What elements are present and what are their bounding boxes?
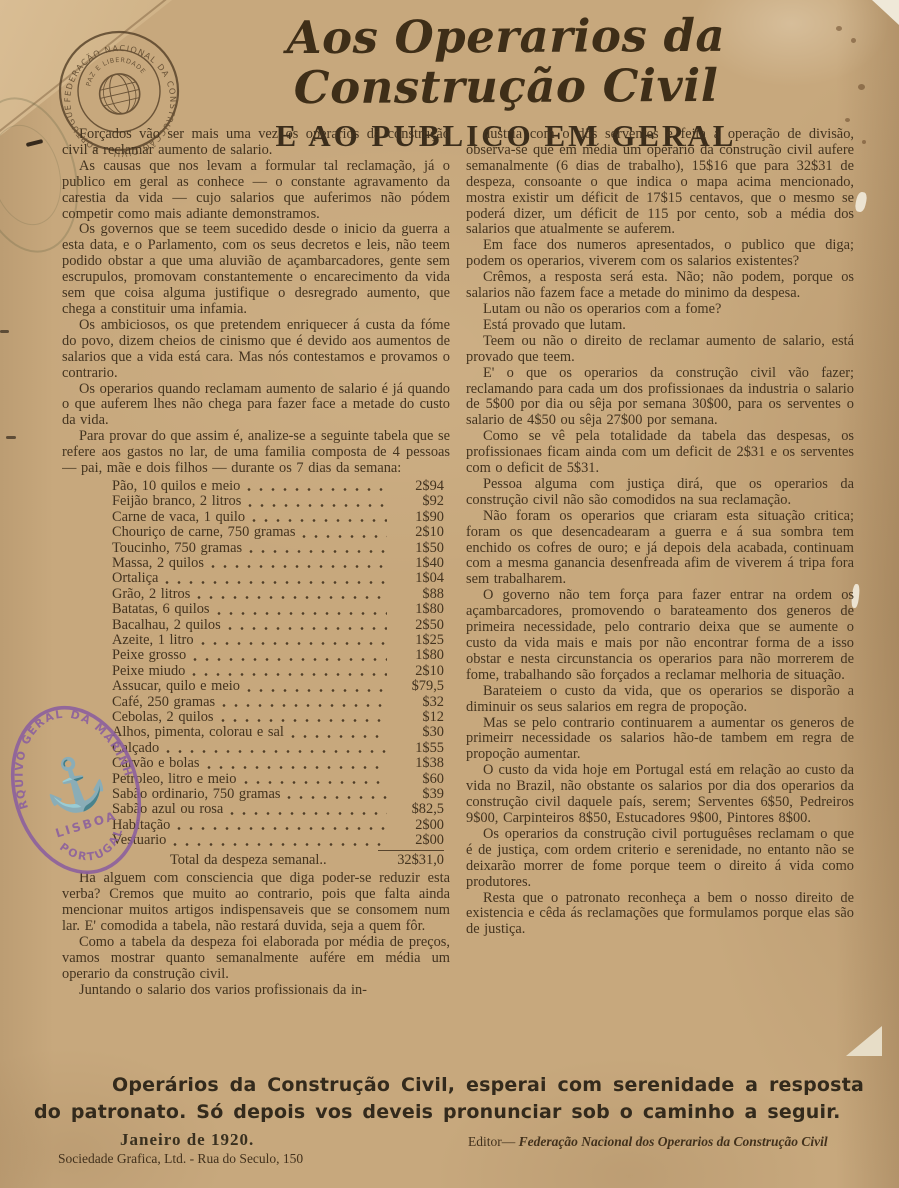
expense-item: Carne de vaca, 1 quilo [112, 510, 245, 525]
expense-value: 2$00 [390, 818, 444, 833]
expense-item: Grão, 2 litros [112, 587, 190, 602]
expense-row: Azeite, 1 litro 1$25 [112, 633, 444, 648]
expense-value: $60 [390, 772, 444, 787]
paragraph: Lutam ou não os operarios com a fome? [466, 302, 854, 318]
dot-leader [213, 611, 387, 616]
expense-value: 2$00 [390, 833, 444, 848]
dot-leader [189, 657, 387, 662]
expense-row: Cebolas, 2 quilos $12 [112, 710, 444, 725]
paragraph: E' o que os operarios da construção civi… [466, 366, 854, 430]
expense-item: Peixe grosso [112, 648, 186, 663]
paragraph: O governo não tem força para fazer entra… [466, 588, 854, 683]
dot-leader [243, 487, 387, 492]
expense-row: Toucinho, 750 gramas 1$50 [112, 541, 444, 556]
paragraph: Ha alguem com consciencia que diga poder… [62, 871, 450, 935]
expense-item: Bacalhau, 2 quilos [112, 618, 221, 633]
expense-row: Café, 250 gramas $32 [112, 695, 444, 710]
left-paragraphs-bottom: Ha alguem com consciencia que diga poder… [62, 871, 450, 998]
expense-value: $92 [390, 494, 444, 509]
expense-row: Feijão branco, 2 litros $92 [112, 494, 444, 509]
pen-mark [0, 330, 9, 333]
expense-item: Batatas, 6 quilos [112, 602, 210, 617]
expense-total-row: Total da despeza semanal.. 32$31,0 [170, 850, 444, 869]
paragraph: Barateiem o custo da vida, que os operar… [466, 684, 854, 716]
paragraph: Mas se pelo contrario continuarem a aume… [466, 716, 854, 764]
left-column: Forçados vão ser mais uma vez os operari… [62, 127, 450, 1078]
torn-edge-nick [854, 191, 868, 213]
left-paragraphs-top: Forçados vão ser mais uma vez os operari… [62, 127, 450, 477]
dot-leader [188, 672, 387, 677]
body-columns: Forçados vão ser mais uma vez os operari… [62, 127, 854, 1078]
total-label: Total da despeza semanal.. [170, 852, 378, 869]
paragraph: Não foram os operarios que criaram esta … [466, 509, 854, 589]
paragraph: Juntando o salario dos varios profission… [62, 983, 450, 999]
anchor-icon: ⚓ [35, 746, 114, 822]
dot-leader [287, 734, 387, 739]
dot-leader [245, 549, 387, 554]
expense-value: $82,5 [390, 802, 444, 817]
document-page: FEDERAÇÃO NACIONAL DA CONSTRUCÇÃO CIVIL … [0, 0, 899, 1188]
editor-name: Federação Nacional dos Operarios da Cons… [519, 1134, 828, 1149]
paragraph: Como a tabela da despeza foi elaborada p… [62, 935, 450, 983]
paragraph: dustria com o dôs serventes e feita a op… [466, 127, 854, 238]
dot-leader [161, 580, 387, 585]
dot-leader [226, 811, 387, 816]
expense-value: 1$50 [390, 541, 444, 556]
paragraph: Os operarios da construção civil portugu… [466, 827, 854, 891]
paragraph: Está provado que lutam. [466, 318, 854, 334]
expense-row: Assucar, quilo e meio $79,5 [112, 679, 444, 694]
expense-row: Petroleo, litro e meio $60 [112, 772, 444, 787]
dot-leader [240, 780, 388, 785]
expense-value: 1$25 [390, 633, 444, 648]
paragraph: Como se vê pela totalidade da tabela das… [466, 429, 854, 477]
date-line: Janeiro de 1920. [120, 1130, 254, 1150]
expense-row: Peixe grosso 1$80 [112, 648, 444, 663]
expense-row: Sabão ordinario, 750 gramas $39 [112, 787, 444, 802]
paragraph: Para provar do que assim é, analize-se a… [62, 429, 450, 477]
expense-row: Chouriço de carne, 750 gramas 2$10 [112, 525, 444, 540]
dot-leader [218, 703, 387, 708]
pen-mark [6, 436, 16, 439]
expense-item: Assucar, quilo e meio [112, 679, 240, 694]
expense-row: Bacalhau, 2 quilos 2$50 [112, 618, 444, 633]
expense-row: Carne de vaca, 1 quilo 1$90 [112, 510, 444, 525]
editor-label: Editor— [468, 1134, 515, 1149]
expense-row: Alhos, pimenta, colorau e sal $30 [112, 725, 444, 740]
dot-leader [169, 842, 387, 847]
torn-corner [872, 0, 899, 25]
expense-value: 1$80 [390, 602, 444, 617]
expense-table: Pão, 10 quilos e meio 2$94 Feijão branco… [112, 479, 444, 849]
expense-row: Ortaliça 1$04 [112, 571, 444, 586]
paragraph: As causas que nos levam a formular tal r… [62, 159, 450, 223]
paragraph: Os governos que se teem sucedido desde o… [62, 222, 450, 317]
dot-leader [203, 765, 387, 770]
expense-value: $39 [390, 787, 444, 802]
expense-value: $32 [390, 695, 444, 710]
expense-value: 2$10 [390, 525, 444, 540]
expense-value: 2$94 [390, 479, 444, 494]
expense-row: Grão, 2 litros $88 [112, 587, 444, 602]
expense-item: Peixe miudo [112, 664, 185, 679]
dot-leader [243, 688, 387, 693]
dot-leader [197, 641, 387, 646]
dot-leader [217, 718, 387, 723]
expense-item: Chouriço de carne, 750 gramas [112, 525, 295, 540]
paragraph: Em face dos numeros apresentados, o publ… [466, 238, 854, 270]
expense-value: 1$40 [390, 556, 444, 571]
paragraph: Teem ou não o direito de reclamar aument… [466, 334, 854, 366]
expense-value: 1$04 [390, 571, 444, 586]
expense-row: Calçado 1$55 [112, 741, 444, 756]
closing-appeal: Operários da Construção Civil, esperai c… [34, 1072, 864, 1125]
expense-value: 1$80 [390, 648, 444, 663]
expense-row: Carvão e bolas 1$38 [112, 756, 444, 771]
right-column: dustria com o dôs serventes e feita a op… [466, 127, 854, 1078]
dot-leader [283, 795, 387, 800]
paragraph: Resta que o patronato reconheça a bem o … [466, 891, 854, 939]
expense-value: 2$10 [390, 664, 444, 679]
paragraph: Pessoa alguma com justiça dirá, que os o… [466, 477, 854, 509]
expense-row: Massa, 2 quilos 1$40 [112, 556, 444, 571]
right-paragraphs: dustria com o dôs serventes e feita a op… [466, 127, 854, 938]
dot-leader [248, 518, 387, 523]
expense-value: 1$55 [390, 741, 444, 756]
paragraph: Crêmos, a resposta será esta. Não; não p… [466, 270, 854, 302]
printer-line: Sociedade Grafica, Ltd. - Rua do Seculo,… [58, 1151, 303, 1167]
paragraph: Forçados vão ser mais uma vez os operari… [62, 127, 450, 159]
dot-leader [224, 626, 387, 631]
expense-value: 1$38 [390, 756, 444, 771]
expense-row: Peixe miudo 2$10 [112, 664, 444, 679]
dot-leader [244, 503, 387, 508]
expense-item: Ortaliça [112, 571, 158, 586]
expense-value: $12 [390, 710, 444, 725]
expense-item: Toucinho, 750 gramas [112, 541, 242, 556]
paragraph: O custo da vida hoje em Portugal está em… [466, 763, 854, 827]
expense-value: $88 [390, 587, 444, 602]
paragraph: Os ambiciosos, os que pretendem enriquec… [62, 318, 450, 382]
expense-item: Azeite, 1 litro [112, 633, 194, 648]
expense-row: Batatas, 6 quilos 1$80 [112, 602, 444, 617]
expense-value: 1$90 [390, 510, 444, 525]
dot-leader [207, 564, 387, 569]
total-value: 32$31,0 [378, 850, 444, 869]
dot-leader [162, 749, 387, 754]
page-title: Aos Operarios da Construção Civil [148, 10, 865, 115]
expense-value: $30 [390, 725, 444, 740]
expense-value: 2$50 [390, 618, 444, 633]
expense-item: Pão, 10 quilos e meio [112, 479, 240, 494]
dot-leader [298, 534, 387, 539]
dot-leader [173, 826, 387, 831]
editor-line: Editor— Federação Nacional dos Operarios… [468, 1134, 828, 1150]
expense-item: Massa, 2 quilos [112, 556, 204, 571]
dot-leader [193, 595, 387, 600]
expense-item: Feijão branco, 2 litros [112, 494, 241, 509]
expense-row: Pão, 10 quilos e meio 2$94 [112, 479, 444, 494]
paragraph: Os operarios quando reclamam aumento de … [62, 382, 450, 430]
expense-value: $79,5 [390, 679, 444, 694]
